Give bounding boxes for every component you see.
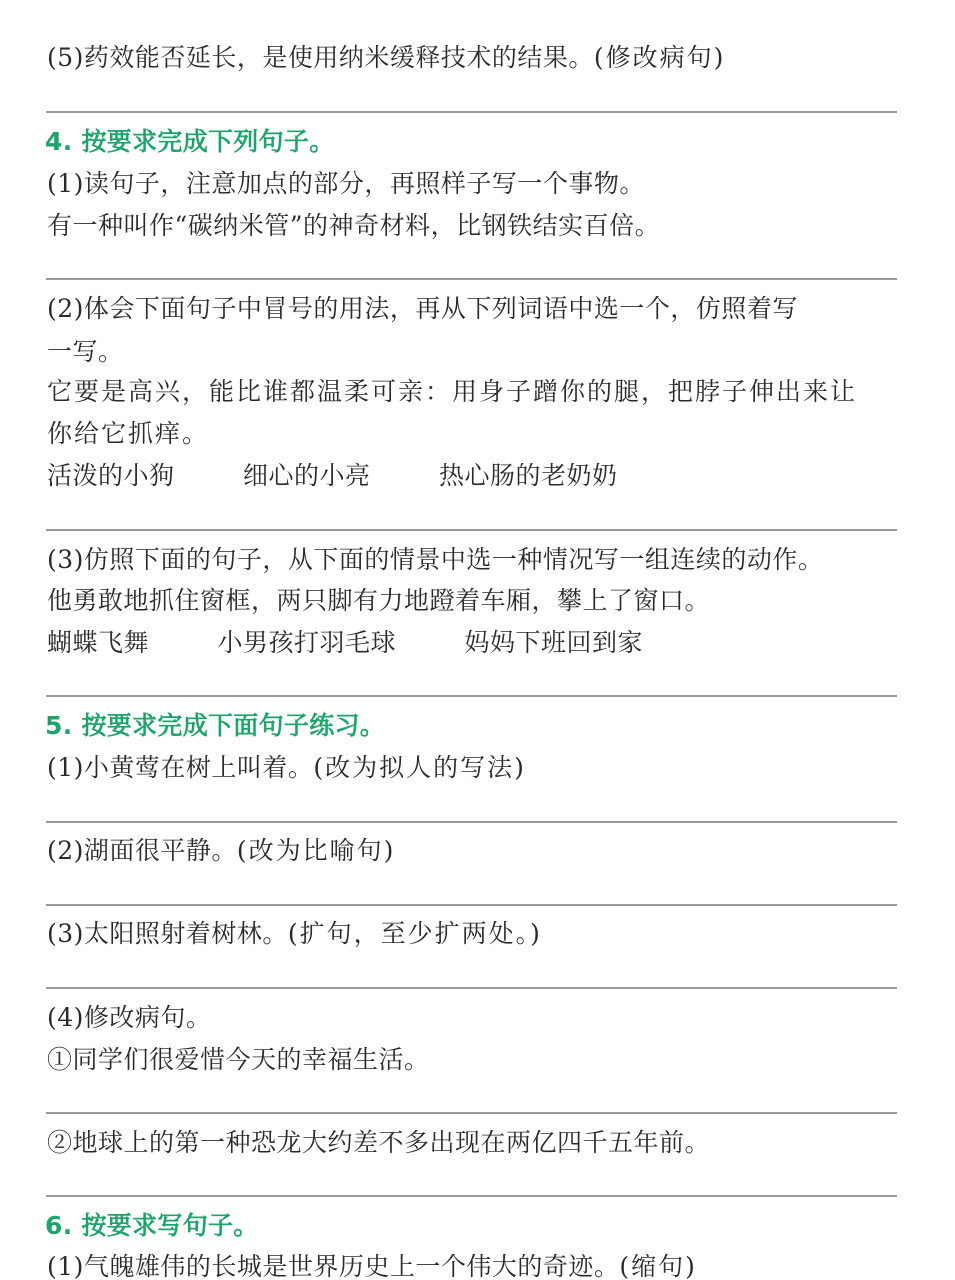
question-note: (改为比喻句) (237, 836, 396, 865)
question-note: (缩句) (619, 1252, 697, 1280)
section-6-heading: 6. 按要求写句子。 (45, 1210, 259, 1242)
section-5-q3: (3)太阳照射着树林。(扩句，至少扩两处。) (47, 918, 542, 950)
answer-line[interactable] (46, 904, 897, 906)
option-scene: 妈妈下班回到家 (464, 627, 643, 659)
question-note: (修改病句) (594, 43, 726, 72)
section-4-q2-example-line2: 你给它抓痒。 (47, 418, 209, 450)
option-scene: 蝴蝶飞舞 (47, 627, 149, 659)
answer-line[interactable] (46, 1112, 897, 1114)
section-5-heading: 5. 按要求完成下面句子练习。 (45, 710, 385, 742)
question-text: (1)小黄莺在树上叫着。 (47, 753, 313, 782)
section-5-q4-prompt: (4)修改病句。 (47, 1002, 211, 1034)
section-4-q1-prompt: (1)读句子，注意加点的部分，再照样子写一个事物。 (47, 168, 645, 200)
answer-line[interactable] (46, 1195, 897, 1197)
answer-line[interactable] (46, 987, 897, 989)
question-text: (3)太阳照射着树林。 (47, 919, 288, 948)
answer-line[interactable] (46, 278, 897, 280)
section-4-q3-example: 他勇敢地抓住窗框，两只脚有力地蹬着车厢，攀上了窗口。 (47, 585, 710, 617)
section-4-q3-prompt: (3)仿照下面的句子，从下面的情景中选一种情况写一组连续的动作。 (47, 544, 823, 576)
option-word: 活泼的小狗 (47, 460, 175, 492)
option-word: 细心的小亮 (243, 460, 371, 492)
section-5-q4-item1: ①同学们很爱惜今天的幸福生活。 (47, 1044, 430, 1076)
section-4-heading: 4. 按要求完成下列句子。 (45, 126, 335, 158)
section-4-q2-example-line1: 它要是高兴，能比谁都温柔可亲：用身子蹭你的腿，把脖子伸出来让 (47, 376, 857, 408)
answer-line[interactable] (46, 821, 897, 823)
section-4-q2-prompt-line2: 一写。 (47, 336, 124, 368)
question-text: (1)气魄雄伟的长城是世界历史上一个伟大的奇迹。 (47, 1252, 619, 1280)
section-5-q2: (2)湖面很平静。(改为比喻句) (47, 835, 395, 867)
question-5-modify-sentence: (5)药效能否延长，是使用纳米缓释技术的结果。(修改病句) (47, 42, 725, 74)
question-note: (改为拟人的写法) (313, 753, 526, 782)
question-text: (5)药效能否延长，是使用纳米缓释技术的结果。 (47, 43, 594, 72)
section-4-q1-example: 有一种叫作“碳纳米管”的神奇材料，比钢铁结实百倍。 (47, 210, 660, 242)
section-5-q4-item2: ②地球上的第一种恐龙大约差不多出现在两亿四千五年前。 (47, 1127, 710, 1159)
answer-line[interactable] (46, 695, 897, 697)
question-note: (扩句，至少扩两处。) (288, 919, 542, 948)
option-word: 热心肠的老奶奶 (439, 460, 618, 492)
answer-line[interactable] (46, 529, 897, 531)
answer-line[interactable] (46, 111, 897, 113)
section-5-q1: (1)小黄莺在树上叫着。(改为拟人的写法) (47, 752, 526, 784)
section-4-q3-options: 蝴蝶飞舞 小男孩打羽毛球 妈妈下班回到家 (47, 627, 643, 659)
section-6-q1: (1)气魄雄伟的长城是世界历史上一个伟大的奇迹。(缩句) (47, 1251, 697, 1280)
question-text: (2)湖面很平静。 (47, 836, 237, 865)
section-4-q2-options: 活泼的小狗 细心的小亮 热心肠的老奶奶 (47, 460, 617, 492)
option-scene: 小男孩打羽毛球 (217, 627, 396, 659)
section-4-q2-prompt-line1: (2)体会下面句子中冒号的用法，再从下列词语中选一个，仿照着写 (47, 293, 798, 325)
